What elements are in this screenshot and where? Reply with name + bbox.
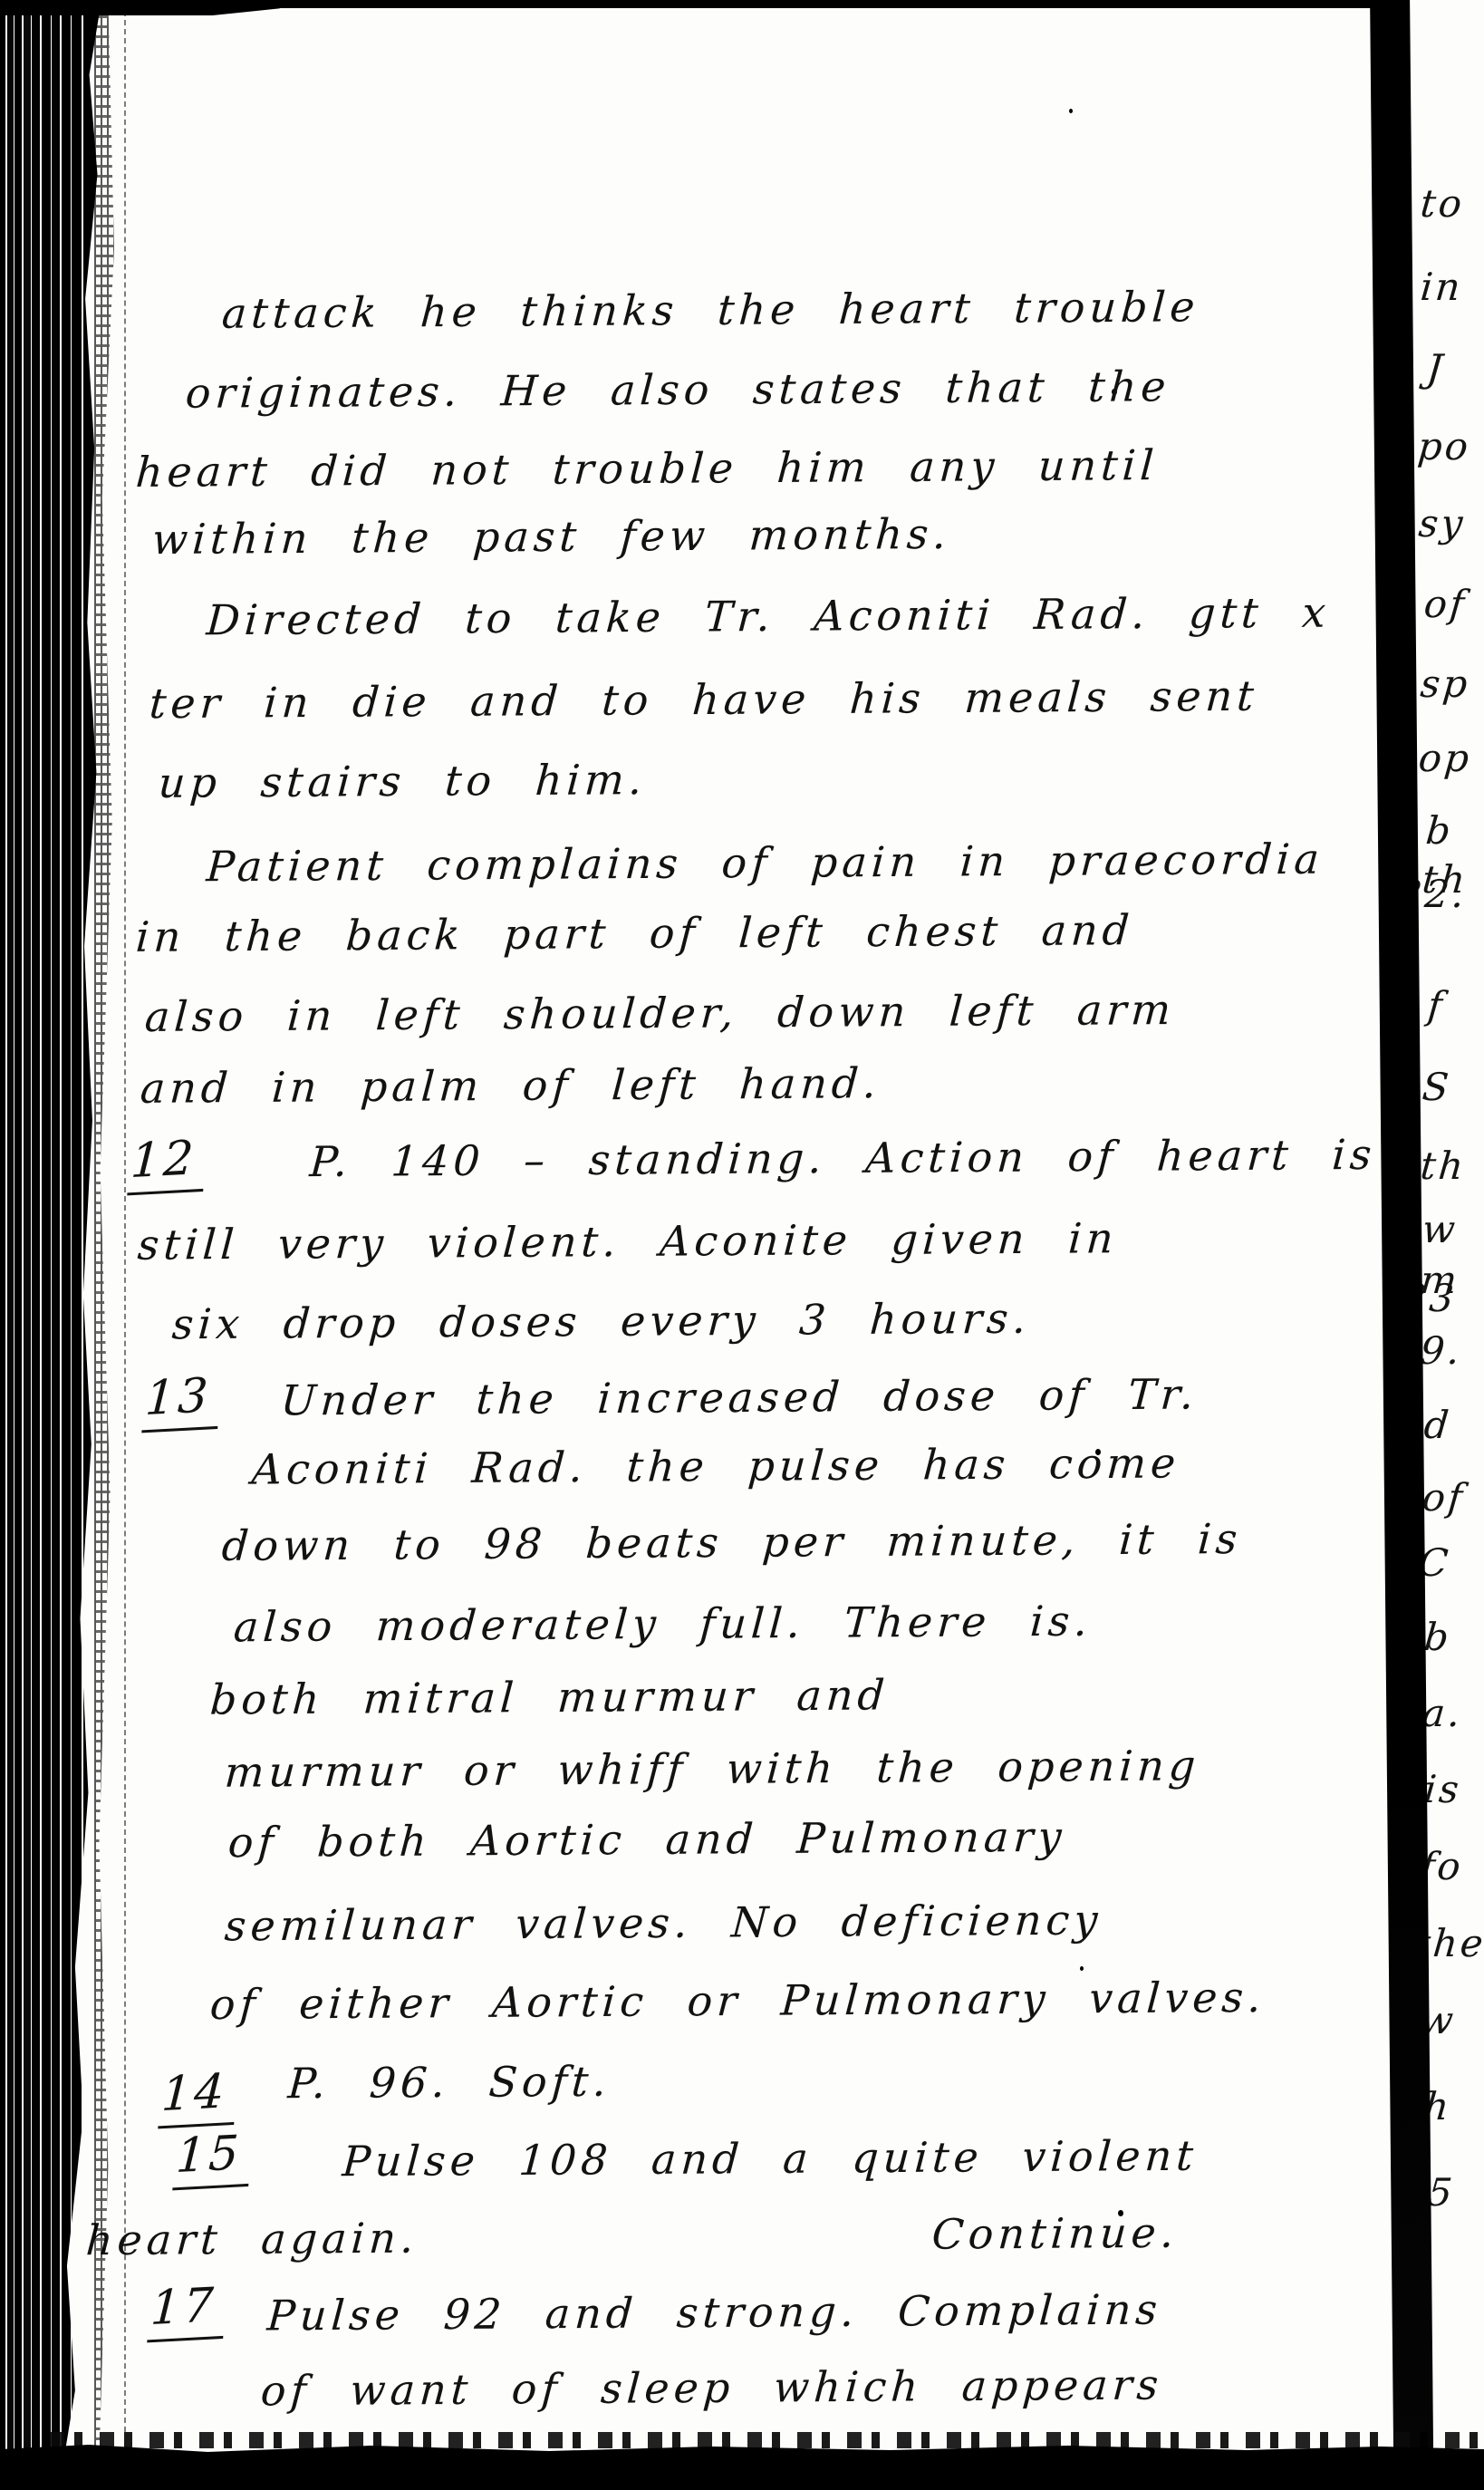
opposite-page-text-fragment: of xyxy=(1422,582,1469,626)
opposite-page-text-fragment: in xyxy=(1419,265,1465,309)
handwriting-line: within the past few months. xyxy=(150,507,952,566)
opposite-page-text-fragment: f xyxy=(1426,983,1447,1028)
handwriting-line: semilunar valves. No deficiency xyxy=(223,1893,1103,1954)
handwriting-line: and in palm of left hand. xyxy=(139,1056,882,1115)
entry-margin-number: 15 xyxy=(172,2126,252,2191)
bottom-edge-speckle-noise xyxy=(50,2432,1484,2448)
opposite-page-text-fragment: po xyxy=(1416,424,1472,468)
manuscript-text-layer: attack he thinks the heart troubleorigin… xyxy=(0,0,1484,2490)
handwriting-line: in the back part of left chest and xyxy=(134,902,1135,964)
opposite-page-text-fragment: b xyxy=(1424,808,1455,853)
handwriting-line: heart did not trouble him any until xyxy=(134,438,1160,499)
handwriting-line: murmur or whiff with the opening xyxy=(223,1738,1201,1800)
opposite-page-text-fragment: to xyxy=(1419,181,1466,226)
handwriting-line: P. 140 – standing. Action of heart is xyxy=(308,1127,1377,1189)
handwriting-line: still very violent. Aconite given in xyxy=(136,1211,1119,1272)
handwriting-line: Pulse 92 and strong. Complains xyxy=(265,2282,1163,2343)
entry-margin-number: 13 xyxy=(141,1368,221,1433)
handwriting-line: of either Aortic or Pulmonary valves. xyxy=(208,1970,1267,2032)
handwriting-line: Under the increased dose of Tr. xyxy=(279,1366,1200,1427)
scanned-page: attack he thinks the heart troubleorigin… xyxy=(0,0,1484,2490)
handwriting-line: of both Aortic and Pulmonary xyxy=(226,1810,1067,1869)
opposite-page-text-fragment: op xyxy=(1417,736,1473,780)
handwriting-line: of want of sleep which appears xyxy=(259,2358,1164,2418)
handwriting-line: also in left shoulder, down left arm xyxy=(143,982,1177,1044)
handwriting-line: Pulse 108 and a quite violent xyxy=(341,2128,1200,2189)
scan-bottom-edge-shadow xyxy=(0,2445,1484,2490)
opposite-page-text-fragment: sp xyxy=(1419,661,1472,706)
opposite-page-text-fragment: is xyxy=(1422,1767,1463,1811)
handwriting-line: also moderately full. There is. xyxy=(232,1594,1094,1655)
handwriting-line: six drop doses every 3 hours. xyxy=(170,1291,1032,1352)
opposite-page-text-fragment: th xyxy=(1419,1144,1468,1188)
opposite-page-text-fragment: J xyxy=(1425,346,1447,391)
entry-margin-number: 14 xyxy=(158,2064,237,2129)
handwriting-line: Patient complains of pain in praecordia xyxy=(205,832,1325,894)
handwriting-line: P. 96. Soft. xyxy=(286,2054,612,2111)
handwriting-line: both mitral murmur and xyxy=(208,1667,891,1726)
handwriting-line: Aconiti Rad. the pulse has come xyxy=(250,1435,1181,1496)
handwriting-line: ter in die and to have his meals sent xyxy=(148,669,1260,731)
handwriting-line: up stairs to him. xyxy=(157,752,648,810)
opposite-page-text-fragment: a. xyxy=(1421,1691,1465,1735)
handwriting-line: originates. He also states that the xyxy=(184,359,1171,420)
entry-margin-number: 12 xyxy=(127,1131,207,1196)
handwriting-line: attack he thinks the heart trouble xyxy=(220,279,1200,341)
entry-margin-number: 17 xyxy=(147,2278,226,2343)
opposite-page-text-fragment: of xyxy=(1421,1475,1467,1520)
handwriting-line: down to 98 beats per minute, it is xyxy=(220,1511,1243,1573)
opposite-page-text-fragment: d xyxy=(1422,1403,1453,1447)
opposite-page-text-fragment: sy xyxy=(1417,501,1468,545)
handwriting-line: Directed to take Tr. Aconiti Rad. gtt x xyxy=(205,585,1332,648)
opposite-page-text-fragment: b xyxy=(1422,1615,1453,1659)
opposite-page-text-fragment: w xyxy=(1421,1207,1460,1251)
opposite-page-text-fragment: S xyxy=(1421,1065,1453,1109)
handwriting-line: heart again. Continue. xyxy=(84,2205,1180,2267)
